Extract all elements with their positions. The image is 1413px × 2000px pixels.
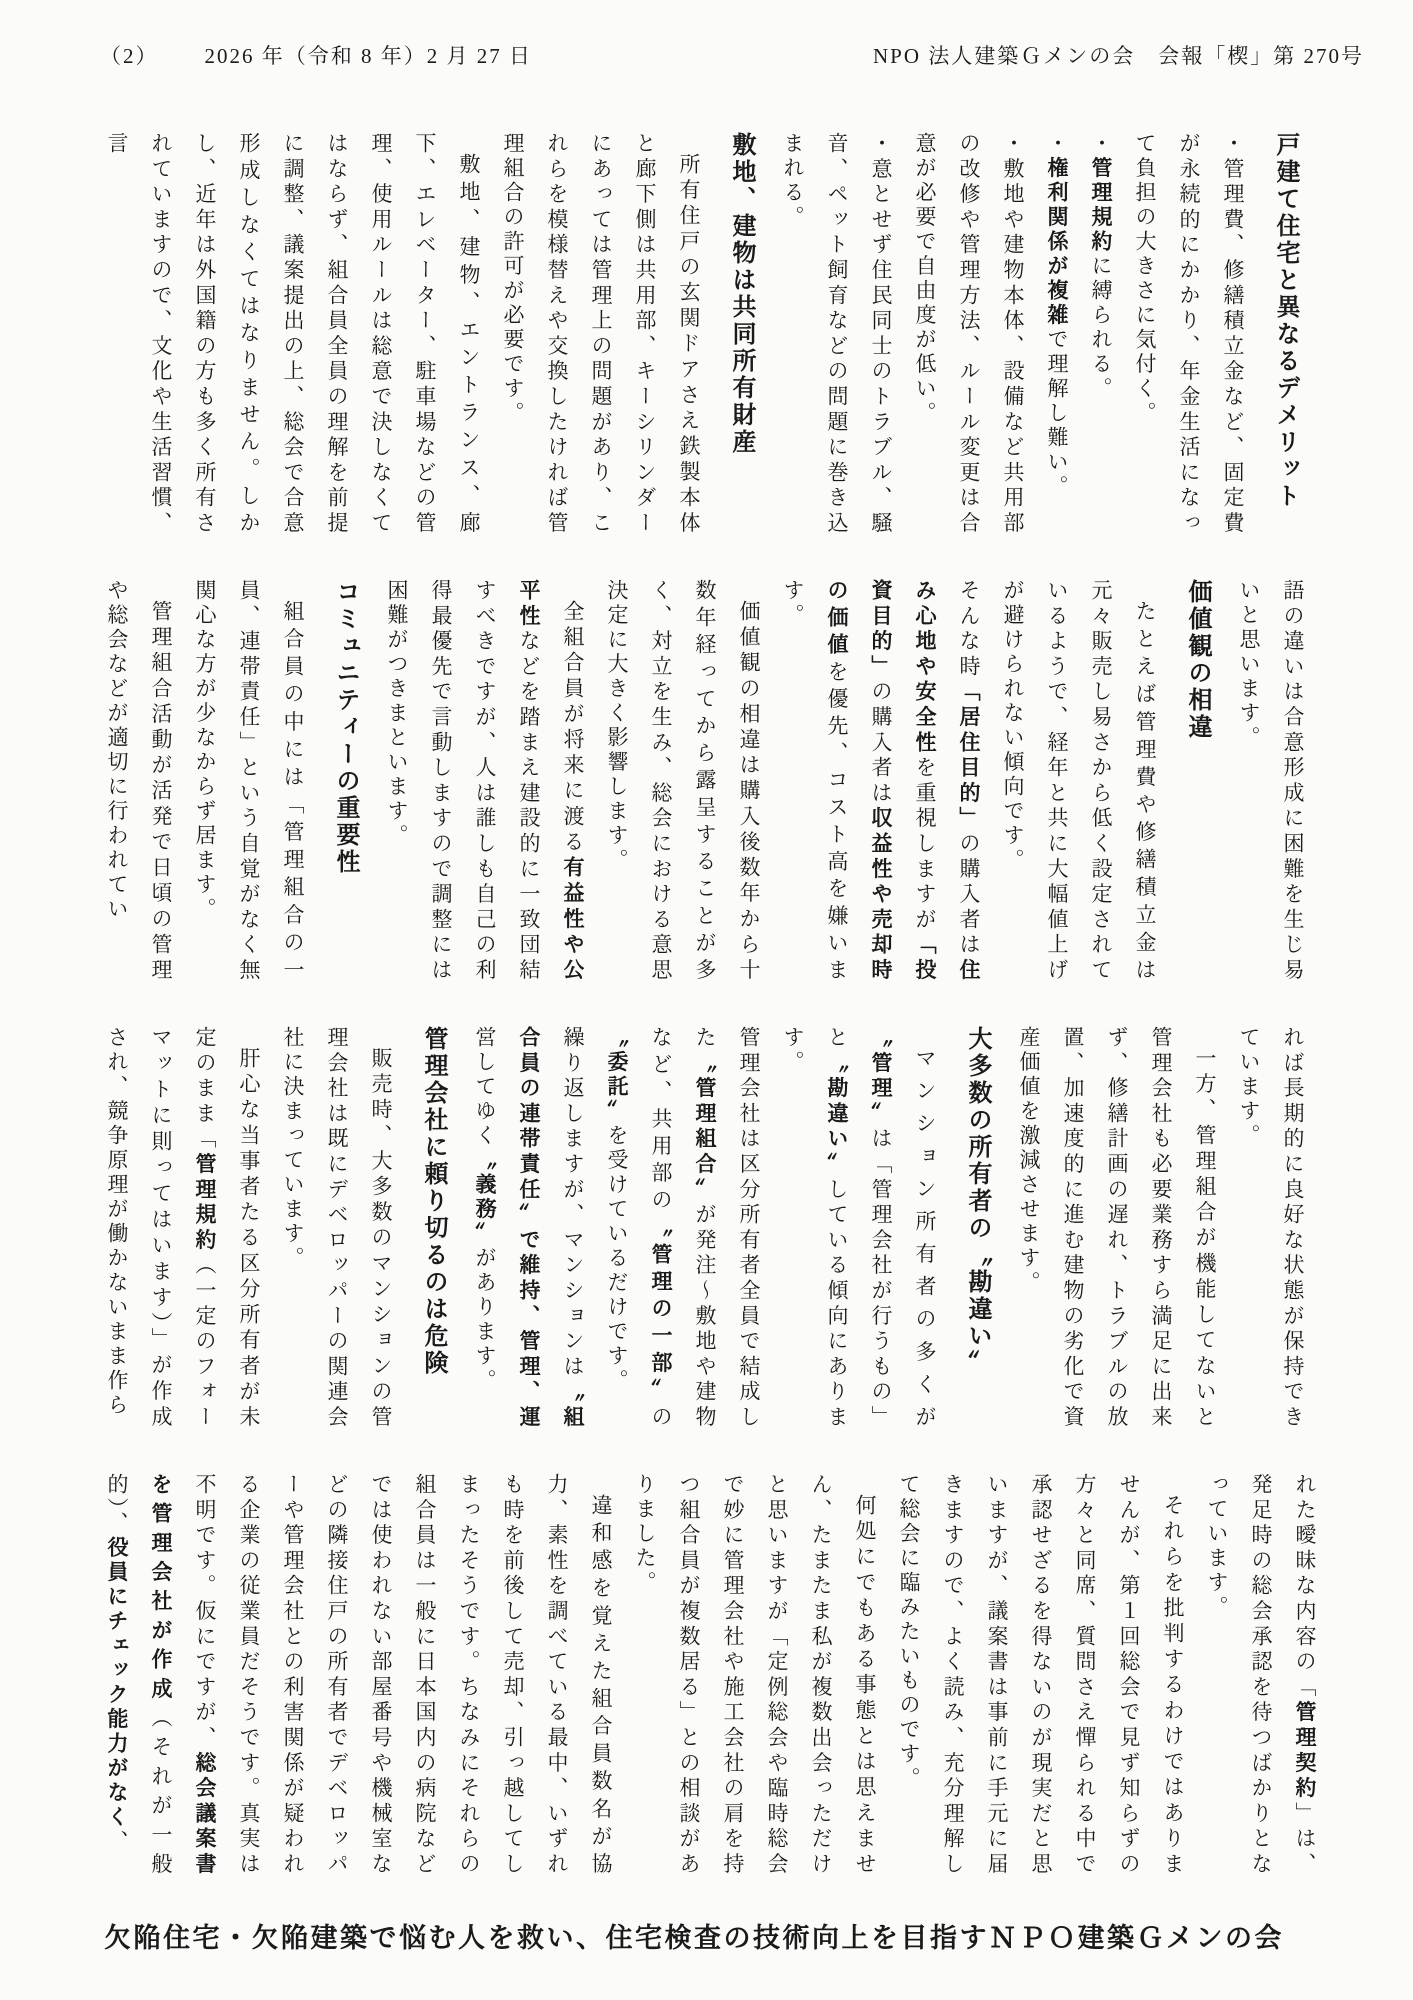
paragraph: そんな時「居住目的」の購入者は住み心地や安全性を重視しますが「投資目的」の購入者… bbox=[771, 579, 991, 983]
footer-slogan: 欠陥住宅・欠陥建築で悩む人を救い、住宅検査の技術向上を目指すＮＰＯ建築Ｇメンの会 bbox=[104, 1916, 1378, 1955]
text-band: 戸建て住宅と異なるデメリット・管理費、修繕積立金など、固定費が永続的にかかり、年… bbox=[95, 132, 1315, 536]
section-heading: 敷地、建物は共同所有財産 bbox=[719, 132, 763, 536]
paragraph: 繰り返しますが、マンションは〝組合員の連帯責任〟で維持、管理、運営してゆく〝義務… bbox=[463, 1026, 595, 1430]
paragraph: 価値観の相違は購入後数年から十数年経ってから露呈することが多く、対立を生み、総会… bbox=[595, 579, 771, 983]
paragraph: それらを批判するわけではありませんが、第１回総会で見ず知らずの方々と同席、質問さ… bbox=[887, 1473, 1195, 1877]
header-left: （2） 2026 年（令和 8 年）2 月 27 日 bbox=[100, 40, 532, 70]
page-number: （2） bbox=[100, 40, 159, 70]
paragraph: 管理組合活動が活発で日頃の管理や総会などが適切に行われてい bbox=[95, 579, 183, 983]
paragraph: ・権利関係が複雑で理解し難い。 bbox=[1035, 132, 1079, 536]
paragraph: 所有住戸の玄関ドアさえ鉄製本体と廊下側は共用部、キーシリンダーにあっては管理上の… bbox=[491, 132, 711, 536]
text-band: 語の違いは合意形成に困難を生じ易いと思います。価値観の相違たとえば管理費や修繕積… bbox=[95, 579, 1315, 983]
paragraph: 語の違いは合意形成に困難を生じ易いと思います。 bbox=[1227, 579, 1315, 983]
paragraph: 管理会社は区分所有者全員で結成した〝管理組合〟が発注～敷地や建物など、共用部の〝… bbox=[595, 1026, 771, 1430]
paragraph: ・意とせず住民同士のトラブル、騒音、ペット飼育などの問題に巻き込まれる。 bbox=[771, 132, 903, 536]
paragraph: 何処にでもある事態とは思えません、たまたま私が複数出会っただけと思いますが「定例… bbox=[623, 1473, 887, 1877]
paragraph: ・管理費、修繕積立金など、固定費が永続的にかかり、年金生活になって負担の大きさに… bbox=[1123, 132, 1255, 536]
section-heading: 戸建て住宅と異なるデメリット bbox=[1263, 132, 1307, 536]
paragraph: れた曖昧な内容の「管理契約」は、発足時の総会承認を待つばかりとなっています。 bbox=[1195, 1473, 1327, 1877]
paragraph: 肝心な当事者たる区分所有者が未定のまま「管理規約（一定のフォーマットに則ってはい… bbox=[95, 1026, 271, 1430]
paragraph: 違和感を覚えた組合員数名が協力、素性を調べている最中、いずれも時を前後して売却、… bbox=[95, 1473, 623, 1877]
issue-date: 2026 年（令和 8 年）2 月 27 日 bbox=[205, 40, 533, 70]
paragraph: 全組合員が将来に渡る有益性や公平性などを踏まえ建設的に一致団結すべきですが、人は… bbox=[375, 579, 595, 983]
paragraph: 組合員の中には「管理組合の一員、連帯責任」という自覚がなく無関心な方が少なからず… bbox=[183, 579, 315, 983]
text-band: れた曖昧な内容の「管理契約」は、発足時の総会承認を待つばかりとなっています。それ… bbox=[95, 1473, 1327, 1877]
paragraph: ・敷地や建物本体、設備など共用部の改修や管理方法、ルール変更は合意が必要で自由度… bbox=[903, 132, 1035, 536]
paragraph: たとえば管理費や修繕積立金は元々販売し易さから低く設定されているようで、経年と共… bbox=[991, 579, 1167, 983]
paragraph: 販売時、大多数のマンションの管理会社は既にデベロッパーの関連会社に決まっています… bbox=[271, 1026, 403, 1430]
text-band: れば長期的に良好な状態が保持できています。一方、管理組合が機能してないと管理会社… bbox=[95, 1026, 1315, 1430]
paragraph: れば長期的に良好な状態が保持できています。 bbox=[1227, 1026, 1315, 1430]
section-heading: コミュニティーの重要性 bbox=[323, 579, 367, 983]
article-bands: 戸建て住宅と異なるデメリット・管理費、修繕積立金など、固定費が永続的にかかり、年… bbox=[95, 132, 1369, 1920]
paragraph: マンション所有者の多くが〝管理〟は「管理会社が行うもの」と〝勘違い〟している傾向… bbox=[771, 1026, 947, 1430]
section-heading: 大多数の所有者の〝勘違い〟 bbox=[955, 1026, 999, 1430]
publication-title: NPO 法人建築Ｇメンの会 会報「楔」第 270号 bbox=[873, 40, 1364, 70]
section-heading: 管理会社に頼り切るのは危険 bbox=[411, 1026, 455, 1430]
newsletter-page: （2） 2026 年（令和 8 年）2 月 27 日 NPO 法人建築Ｇメンの会… bbox=[0, 0, 1413, 2000]
page-header: （2） 2026 年（令和 8 年）2 月 27 日 NPO 法人建築Ｇメンの会… bbox=[100, 40, 1364, 70]
section-heading: 価値観の相違 bbox=[1175, 579, 1219, 983]
paragraph: 敷地、建物、エントランス、廊下、エレベーター、駐車場などの管理、使用ルールは総意… bbox=[95, 132, 491, 536]
paragraph: ・管理規約に縛られる。 bbox=[1079, 132, 1123, 536]
paragraph: 一方、管理組合が機能してないと管理会社も必要業務すら満足に出来ず、修繕計画の遅れ… bbox=[1007, 1026, 1227, 1430]
